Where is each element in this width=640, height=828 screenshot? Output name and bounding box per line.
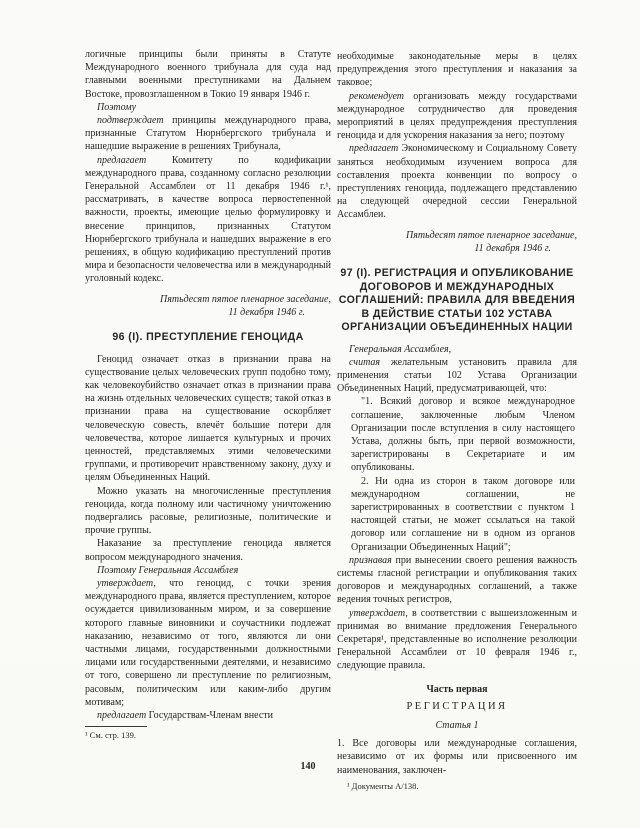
footnote: ¹ См. стр. 139. [85, 726, 331, 741]
page-number: 140 [278, 761, 338, 772]
operative-word: утверждает, [97, 578, 156, 589]
session-note: Пятьдесят пятое пленарное заседание, 11 … [85, 293, 331, 319]
operative-word: утверждает, [349, 608, 408, 619]
paragraph: Наказание за преступление геноцида являе… [85, 537, 331, 563]
paragraph: утверждает, в соответствии с вышеизложен… [337, 607, 577, 673]
paragraph: предлагает Экономическому и Социальному … [337, 142, 577, 221]
paragraph: необходимые законодательные меры в целях… [337, 50, 577, 90]
left-column: логичные принципы были приняты в Статуте… [85, 48, 331, 750]
operative-word: Поэтому [97, 102, 136, 113]
paragraph: Поэтому [85, 101, 331, 114]
operative-word: рекомендует [349, 91, 404, 102]
paragraph: рекомендует организовать между государст… [337, 90, 577, 143]
paragraph: логичные принципы были приняты в Статуте… [85, 48, 331, 101]
charter-quote: 2. Ни одна из сторон в таком договоре ил… [351, 475, 575, 554]
paragraph: считая желательным установить правила дл… [337, 356, 577, 396]
resolution-96-heading: 96 (I). ПРЕСТУПЛЕНИЕ ГЕНОЦИДА [85, 331, 331, 345]
operative-word: считая [349, 357, 380, 368]
article-title: Статья 1 [337, 719, 577, 732]
paragraph: Поэтому Генеральная Ассамблея [85, 564, 331, 577]
session-line: Пятьдесят пятое пленарное заседание, [337, 229, 577, 242]
section-title: РЕГИСТРАЦИЯ [337, 700, 577, 713]
paragraph: Генеральная Ассамблея, [337, 343, 577, 356]
paragraph: Геноцид означает отказ в признании права… [85, 353, 331, 485]
session-date: 11 декабря 1946 г. [337, 242, 551, 255]
footnote: ¹ Документы А/138. [337, 781, 577, 792]
right-column: необходимые законодательные меры в целях… [337, 50, 577, 800]
operative-word: Генеральная Ассамблея, [349, 344, 451, 355]
paragraph: утверждает, что геноцид, с точки зрения … [85, 577, 331, 709]
paragraph: 1. Все договоры или международные соглаш… [337, 737, 577, 777]
charter-quote: "1. Всякий договор и всякое международно… [351, 395, 575, 474]
session-line: Пятьдесят пятое пленарное заседание, [85, 293, 331, 306]
session-note: Пятьдесят пятое пленарное заседание, 11 … [337, 229, 577, 255]
paragraph: признавая при вынесении своего решения в… [337, 554, 577, 607]
document-page: логичные принципы были приняты в Статуте… [0, 0, 640, 828]
session-date: 11 декабря 1946 г. [85, 306, 305, 319]
operative-word: предлагает [349, 143, 398, 154]
paragraph: предлагает Комитету по кодификации между… [85, 154, 331, 286]
operative-word: предлагает [97, 155, 146, 166]
resolution-97-heading: 97 (I). РЕГИСТРАЦИЯ И ОПУБЛИКОВАНИЕ ДОГО… [337, 267, 577, 335]
operative-word: подтверждает [97, 115, 164, 126]
operative-word: Поэтому Генеральная Ассамблея [97, 565, 238, 576]
paragraph: Можно указать на многочисленные преступл… [85, 485, 331, 538]
operative-word: предлагает [97, 710, 146, 721]
paragraph: предлагает Государствам-Членам внести [85, 709, 331, 722]
paragraph: подтверждает принципы международного пра… [85, 114, 331, 154]
part-title: Часть первая [337, 683, 577, 696]
operative-word: признавая [349, 555, 392, 566]
